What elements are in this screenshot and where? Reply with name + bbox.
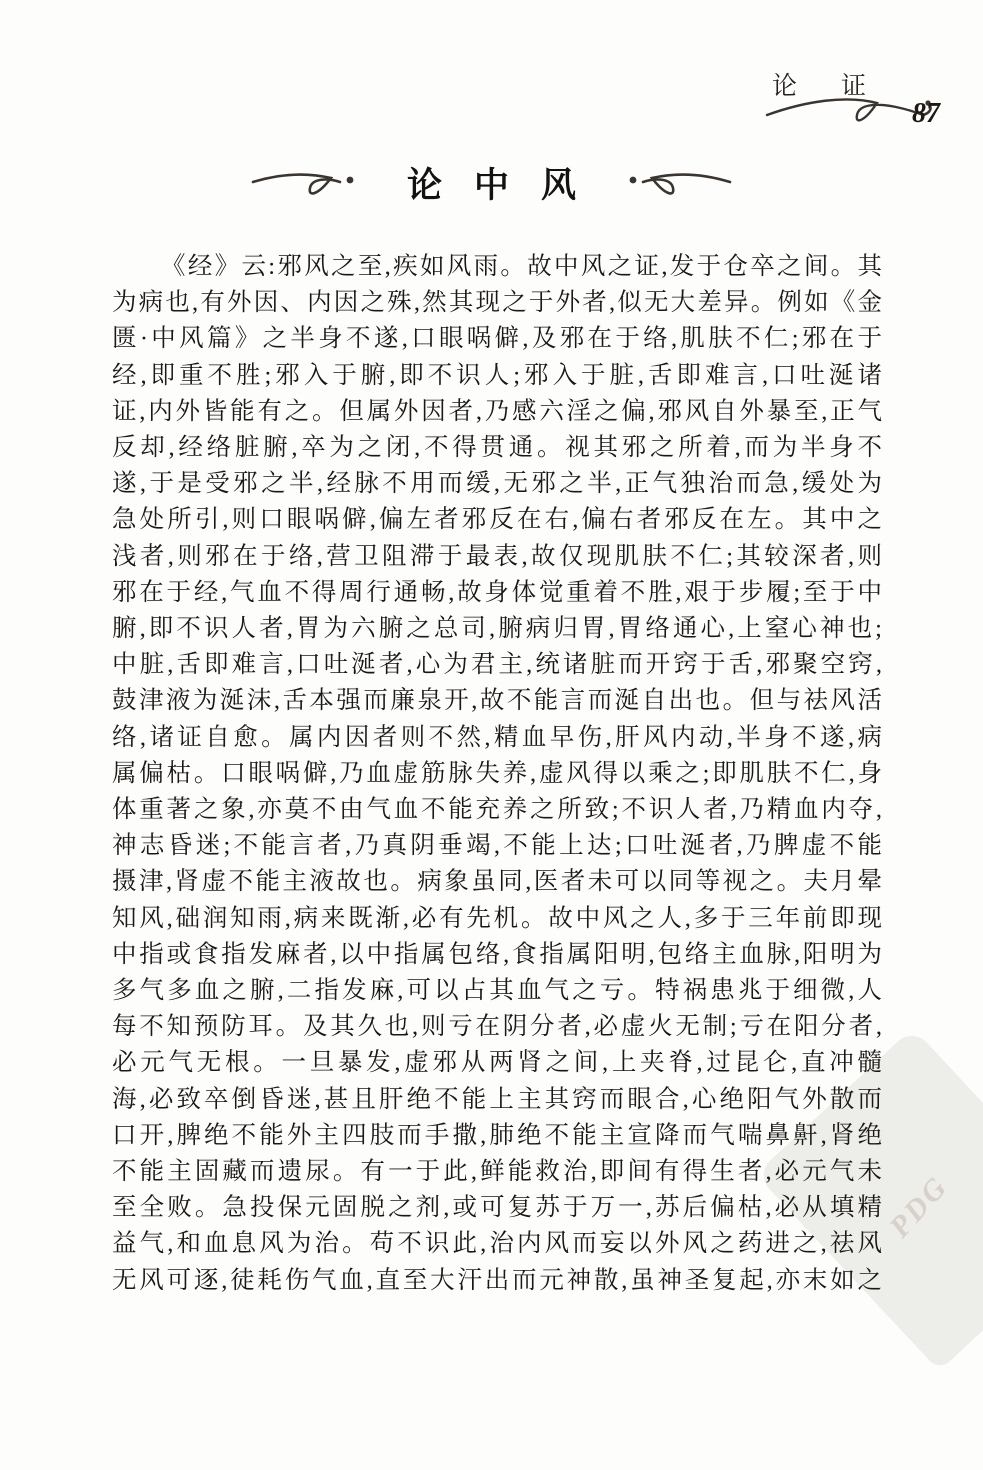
text-line: 不能主固藏而遗尿。有一于此,鲜能救治,即间有得生者,必元气未 <box>112 1154 882 1190</box>
text-line: 体重著之象,亦莫不由气血不能充养之所致;不识人者,乃精血内夺, <box>112 792 882 828</box>
text-line: 《经》云:邪风之至,疾如风雨。故中风之证,发于仓卒之间。其 <box>112 249 882 285</box>
text-line: 中指或食指发麻者,以中指属包络,食指属阳明,包络主血脉,阳明为 <box>112 937 882 973</box>
text-line: 神志昏迷;不能言者,乃真阴垂竭,不能上达;口吐涎者,乃脾虚不能 <box>112 828 882 864</box>
text-line: 至全败。急投保元固脱之剂,或可复苏于万一,苏后偏枯,必从填精 <box>112 1190 882 1226</box>
text-line: 络,诸证自愈。属内因者则不然,精血早伤,肝风内动,半身不遂,病 <box>112 720 882 756</box>
text-line: 知风,础润知雨,病来既渐,必有先机。故中风之人,多于三年前即现 <box>112 901 882 937</box>
text-line: 匮·中风篇》之半身不遂,口眼㖞僻,及邪在于络,肌肤不仁;邪在于 <box>112 321 882 357</box>
text-line: 多气多血之腑,二指发麻,可以占其血气之亏。特祸患兆于细微,人 <box>112 973 882 1009</box>
text-line: 反却,经络脏腑,卒为之闭,不得贯通。视其邪之所着,而为半身不 <box>112 430 882 466</box>
text-line: 摄津,肾虚不能主液故也。病象虽同,医者未可以同等视之。夫月晕 <box>112 864 882 900</box>
text-line: 邪在于经,气血不得周行通畅,故身体觉重着不胜,艰于步履;至于中 <box>112 575 882 611</box>
body-paragraph: 《经》云:邪风之至,疾如风雨。故中风之证,发于仓卒之间。其为病也,有外因、内因之… <box>112 249 882 1299</box>
text-line: 浅者,则邪在于络,营卫阻滞于最表,故仅现肌肤不仁;其较深者,则 <box>112 539 882 575</box>
text-line: 口开,脾绝不能外主四肢而手撒,肺绝不能主宣降而气喘鼻鼾,肾绝 <box>112 1118 882 1154</box>
chapter-title-row: 论中风 <box>0 158 983 208</box>
text-line: 急处所引,则口眼㖞僻,偏左者邪反在右,偏右者邪反在左。其中之 <box>112 502 882 538</box>
text-line: 益气,和血息风为治。苟不识此,治内风而妄以外风之药进之,祛风 <box>112 1226 882 1262</box>
text-line: 腑,即不识人者,胃为六腑之总司,腑病归胃,胃络通心,上窒心神也; <box>112 611 882 647</box>
text-line: 为病也,有外因、内因之殊,然其现之于外者,似无大差异。例如《金 <box>112 285 882 321</box>
text-line: 每不知预防耳。及其久也,则亏在阴分者,必虚火无制;亏在阳分者, <box>112 1009 882 1045</box>
text-line: 遂,于是受邪之半,经脉不用而缓,无邪之半,正气独治而急,缓处为 <box>112 466 882 502</box>
text-line: 海,必致卒倒昏迷,甚且肝绝不能上主其窍而眼合,心绝阳气外散而 <box>112 1082 882 1118</box>
page-number: 87 <box>912 98 940 130</box>
title-right-flourish-ornament <box>620 165 732 201</box>
text-line: 属偏枯。口眼㖞僻,乃血虚筋脉失养,虚风得以乘之;即肌肤不仁,身 <box>112 756 882 792</box>
text-line: 必元气无根。一旦暴发,虚邪从两肾之间,上夹脊,过昆仑,直冲髓 <box>112 1045 882 1081</box>
text-line: 鼓津液为涎沫,舌本强而廉泉开,故不能言而涎自出也。但与祛风活 <box>112 683 882 719</box>
text-line: 中脏,舌即难言,口吐涎者,心为君主,统诸脏而开窍于舌,邪聚空窍, <box>112 647 882 683</box>
text-line: 经,即重不胜;邪入于腑,即不识人;邪入于脏,舌即难言,口吐涎诸 <box>112 358 882 394</box>
title-left-flourish-ornament <box>251 165 363 201</box>
scanned-book-page: PDG 论证 87 论中风 《经》云:邪风之至,疾如风雨。故中风之证,发于仓卒之… <box>0 0 983 1470</box>
text-line: 无风可逐,徒耗伤气血,直至大汗出而元神散,虽神圣复起,亦末如之 <box>112 1263 882 1299</box>
chapter-title: 论中风 <box>375 158 608 208</box>
text-line: 证,内外皆能有之。但属外因者,乃感六淫之偏,邪风自外暴至,正气 <box>112 394 882 430</box>
